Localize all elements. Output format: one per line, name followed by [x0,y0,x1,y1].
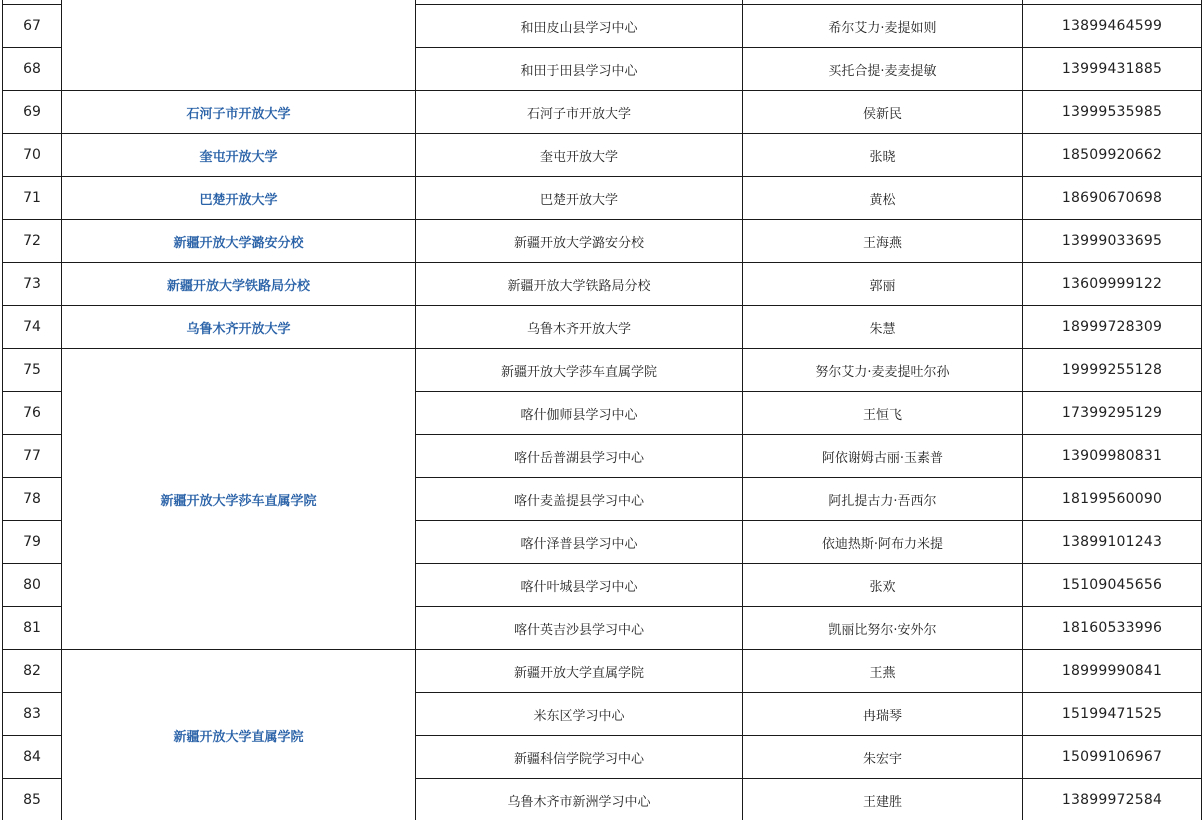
contact-person-cell: 郭丽 [743,263,1023,306]
row-number-cell: 84 [3,736,62,779]
learning-center-cell: 新疆开放大学莎车直属学院 [416,349,743,392]
contact-person-cell: 朱慧 [743,306,1023,349]
phone-cell: 15199471525 [1023,693,1202,736]
phone-cell: 15099106967 [1023,736,1202,779]
contact-person-cell: 希尔艾力·麦提如则 [743,5,1023,48]
institution-cell: 石河子市开放大学 [62,91,416,134]
institution-cell: 新疆开放大学铁路局分校 [62,263,416,306]
contact-person-cell: 王燕 [743,650,1023,693]
learning-center-cell: 巴楚开放大学 [416,177,743,220]
learning-center-cell: 乌鲁木齐市新洲学习中心 [416,779,743,820]
contact-table-container: 67 和田皮山县学习中心 希尔艾力·麦提如则 13899464599 68 和田… [2,0,1202,820]
contact-person-cell: 朱宏宇 [743,736,1023,779]
row-number-cell: 70 [3,134,62,177]
contact-person-cell: 王海燕 [743,220,1023,263]
table-row: 70 奎屯开放大学 奎屯开放大学 张晓 18509920662 [3,134,1202,177]
contact-person-cell: 阿扎提古力·吾西尔 [743,478,1023,521]
phone-cell: 18509920662 [1023,134,1202,177]
learning-center-cell: 喀什英吉沙县学习中心 [416,607,743,650]
institution-cell: 奎屯开放大学 [62,134,416,177]
table-row: 72 新疆开放大学潞安分校 新疆开放大学潞安分校 王海燕 13999033695 [3,220,1202,263]
learning-center-cell: 米东区学习中心 [416,693,743,736]
contact-person-cell: 冉瑞琴 [743,693,1023,736]
institution-cell: 新疆开放大学直属学院 [62,650,416,820]
contact-person-cell: 王建胜 [743,779,1023,820]
learning-center-contact-table: 67 和田皮山县学习中心 希尔艾力·麦提如则 13899464599 68 和田… [2,0,1202,820]
phone-cell: 13899972584 [1023,779,1202,820]
row-number-cell: 67 [3,5,62,48]
contact-person-cell: 依迪热斯·阿布力米提 [743,521,1023,564]
table-row: 75 新疆开放大学莎车直属学院 新疆开放大学莎车直属学院 努尔艾力·麦麦提吐尔孙… [3,349,1202,392]
row-number-cell: 78 [3,478,62,521]
phone-cell: 13999033695 [1023,220,1202,263]
phone-cell: 13899464599 [1023,5,1202,48]
learning-center-cell: 喀什叶城县学习中心 [416,564,743,607]
row-number-cell: 71 [3,177,62,220]
phone-cell: 13609999122 [1023,263,1202,306]
row-number-cell: 75 [3,349,62,392]
contact-person-cell: 阿依谢姆古丽·玉素普 [743,435,1023,478]
row-number-cell: 69 [3,91,62,134]
phone-cell: 18199560090 [1023,478,1202,521]
phone-cell: 18999728309 [1023,306,1202,349]
contact-person-cell: 张晓 [743,134,1023,177]
contact-person-cell: 王恒飞 [743,392,1023,435]
learning-center-cell: 新疆科信学院学习中心 [416,736,743,779]
row-number-cell: 77 [3,435,62,478]
row-number-cell: 76 [3,392,62,435]
row-number-cell: 74 [3,306,62,349]
phone-cell: 18690670698 [1023,177,1202,220]
learning-center-cell: 奎屯开放大学 [416,134,743,177]
phone-cell: 15109045656 [1023,564,1202,607]
institution-cell: 新疆开放大学潞安分校 [62,220,416,263]
contact-person-cell: 黄松 [743,177,1023,220]
phone-cell: 13899101243 [1023,521,1202,564]
learning-center-cell: 和田于田县学习中心 [416,48,743,91]
table-row: 82 新疆开放大学直属学院 新疆开放大学直属学院 王燕 18999990841 [3,650,1202,693]
learning-center-cell: 新疆开放大学铁路局分校 [416,263,743,306]
learning-center-cell: 新疆开放大学直属学院 [416,650,743,693]
row-number-cell: 73 [3,263,62,306]
learning-center-cell: 喀什伽师县学习中心 [416,392,743,435]
row-number-cell: 81 [3,607,62,650]
contact-person-cell: 张欢 [743,564,1023,607]
phone-cell: 13999535985 [1023,91,1202,134]
phone-cell: 18160533996 [1023,607,1202,650]
learning-center-cell: 乌鲁木齐开放大学 [416,306,743,349]
contact-person-cell: 侯新民 [743,91,1023,134]
phone-cell: 17399295129 [1023,392,1202,435]
row-number-cell: 80 [3,564,62,607]
row-number-cell: 79 [3,521,62,564]
row-number-cell: 82 [3,650,62,693]
learning-center-cell: 新疆开放大学潞安分校 [416,220,743,263]
learning-center-cell: 和田皮山县学习中心 [416,5,743,48]
row-number-cell: 85 [3,779,62,820]
table-row: 71 巴楚开放大学 巴楚开放大学 黄松 18690670698 [3,177,1202,220]
learning-center-cell: 喀什麦盖提县学习中心 [416,478,743,521]
phone-cell: 13999431885 [1023,48,1202,91]
contact-person-cell: 买托合提·麦麦提敏 [743,48,1023,91]
learning-center-cell: 石河子市开放大学 [416,91,743,134]
institution-cell [62,0,416,91]
learning-center-cell: 喀什岳普湖县学习中心 [416,435,743,478]
row-number-cell: 68 [3,48,62,91]
learning-center-cell: 喀什泽普县学习中心 [416,521,743,564]
phone-cell: 13909980831 [1023,435,1202,478]
contact-person-cell: 努尔艾力·麦麦提吐尔孙 [743,349,1023,392]
row-number-cell: 72 [3,220,62,263]
phone-cell: 18999990841 [1023,650,1202,693]
table-row: 69 石河子市开放大学 石河子市开放大学 侯新民 13999535985 [3,91,1202,134]
table-row: 74 乌鲁木齐开放大学 乌鲁木齐开放大学 朱慧 18999728309 [3,306,1202,349]
institution-cell: 乌鲁木齐开放大学 [62,306,416,349]
institution-cell: 巴楚开放大学 [62,177,416,220]
phone-cell: 19999255128 [1023,349,1202,392]
row-number-cell: 83 [3,693,62,736]
table-row: 73 新疆开放大学铁路局分校 新疆开放大学铁路局分校 郭丽 1360999912… [3,263,1202,306]
contact-person-cell: 凯丽比努尔·安外尔 [743,607,1023,650]
institution-cell: 新疆开放大学莎车直属学院 [62,349,416,650]
